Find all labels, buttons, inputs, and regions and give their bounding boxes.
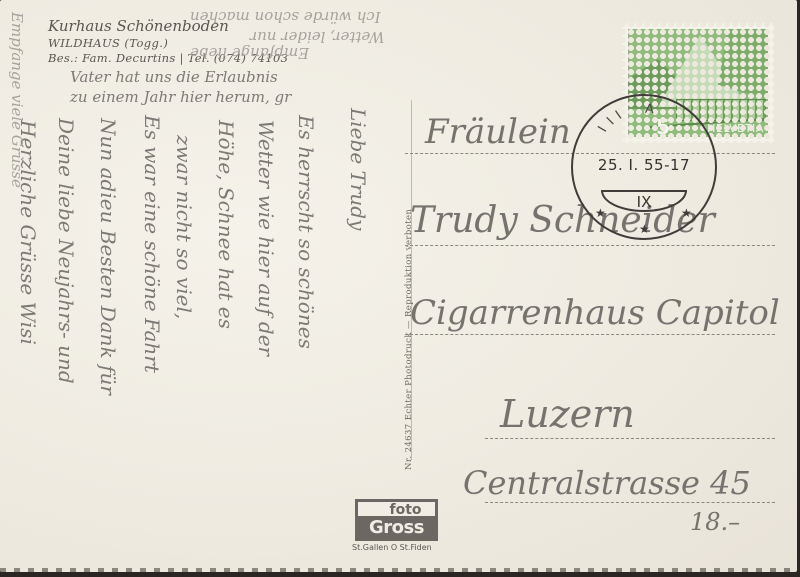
address-business: Cigarrenhaus Capitol [410,293,780,333]
address-salutation: Fräulein [425,112,571,152]
message-top-line: Vater hat uns die Erlaubnis [70,68,278,86]
printer-imprint: Nr. 24637 Echter Photodruck — Reprodukti… [404,100,414,470]
message-column: Liebe Trudy [346,108,370,230]
address-note: 18.– [690,508,740,536]
message-column: Wetter wie hier auf der [254,120,278,356]
address-rule [405,245,775,246]
message-top-line: Ich würde schon machen [190,8,381,26]
star-icon: ★ [595,206,606,220]
message-column: Höhe, Schnee hat es [214,120,238,329]
message-column: Deine liebe Neujahrs- und [54,118,78,384]
message-side-margin: Empfange viele Grüsse [8,12,26,188]
publisher-logo: foto Gross [355,499,438,541]
logo-top-text: foto [358,502,435,516]
address-street: Centralstrasse 45 [463,464,751,502]
star-icon: ★ [639,222,650,236]
postmark: I I I A 25. I. 55-17 IX ★ ★ ★ [571,94,717,240]
stamp-country: HELVETIA [707,122,764,135]
message-top-line: zu einem Jahr hier herum, gr [70,88,291,106]
postcard-back: Kurhaus Schönenboden WILDHAUS (Togg.) Be… [0,0,797,572]
message-column: zwar nicht so viel, [172,135,196,319]
address-rule [485,502,775,503]
message-column: Nun adieu Besten Dank für [96,118,120,395]
logo-bottom-text: Gross [355,517,438,539]
message-top-line: Empfange liebe [190,44,309,62]
star-icon: ★ [681,206,692,220]
publisher-location: St.Gallen O St.Fiden [352,543,432,552]
postmark-date: 25. I. 55-17 [573,156,715,174]
message-column: Es war eine schöne Fahrt [140,115,164,373]
address-rule [485,438,775,439]
address-rule [405,334,775,335]
message-column: Es herrscht so schönes [294,115,318,349]
address-city: Luzern [500,392,635,436]
